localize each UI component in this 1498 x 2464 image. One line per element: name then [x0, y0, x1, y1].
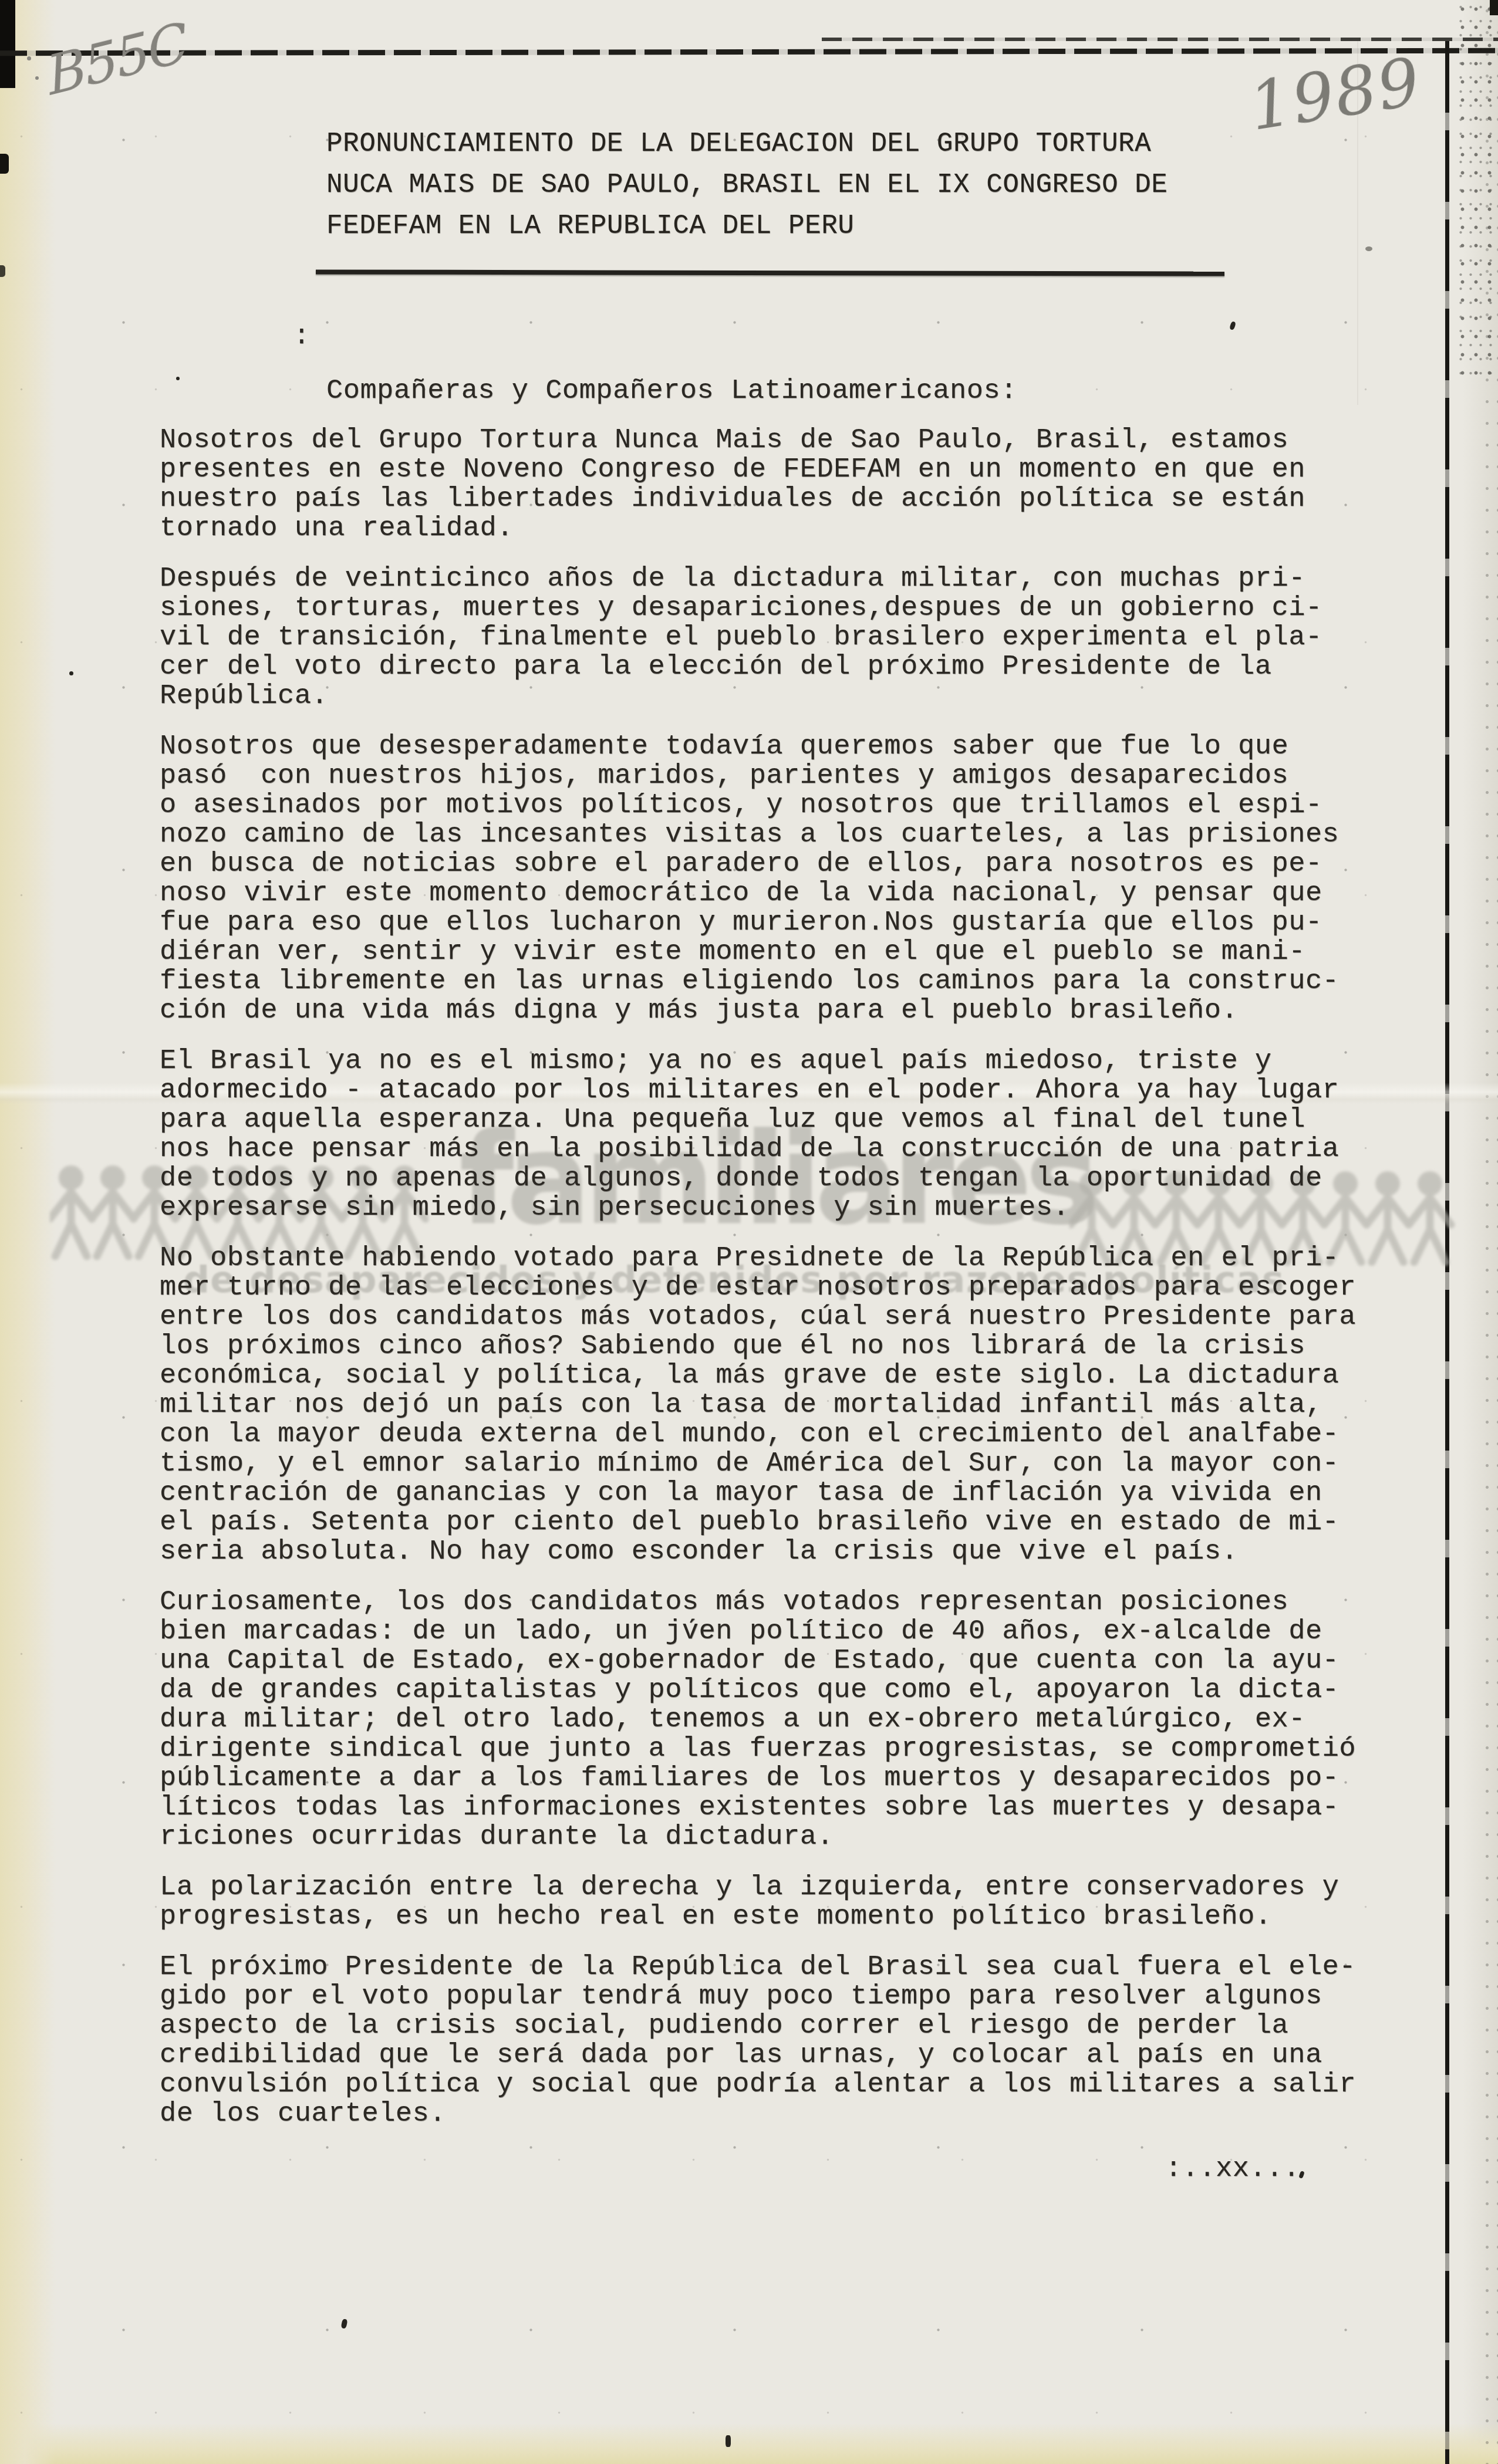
top-scan-line [0, 48, 1498, 56]
left-edge-ink-spot [0, 154, 9, 174]
paragraph-3: Nosotros que desesperadamente todavía qu… [160, 732, 1428, 1026]
paragraph-8: El próximo Presidente de la República de… [160, 1953, 1428, 2129]
pencil-dot [35, 76, 39, 80]
right-paper-edge-texture [1482, 0, 1498, 2464]
title-line-2: NUCA MAIS DE SAO PAULO, BRASIL EN EL IX … [326, 164, 1168, 205]
closing-mark: :..xx... [1165, 2155, 1300, 2184]
salutation: Compañeras y Compañeros Latinoamericanos… [326, 377, 1017, 406]
ink-speck [176, 377, 180, 380]
left-edge-ink-spot-small [0, 265, 5, 277]
scan-corner-artifact-top-right [1490, 0, 1498, 15]
archival-code-annotation: B55C [43, 11, 191, 108]
pencil-dot [27, 56, 31, 60]
ink-speck [69, 671, 73, 675]
title-line-1: PRONUNCIAMIENTO DE LA DELEGACION DEL GRU… [326, 123, 1168, 164]
paragraph-6: Curiosamente, los dos candidatos más vot… [160, 1588, 1428, 1852]
title-line-3: FEDEFAM EN LA REPUBLICA DEL PERU [326, 205, 1168, 246]
paragraph-2: Después de veinticinco años de la dictad… [160, 565, 1428, 711]
stray-colon-mark: : [293, 322, 310, 351]
scanned-document-page: familiares de desaparecidos y detenidos … [0, 0, 1498, 2464]
ink-speck [340, 2318, 347, 2329]
pencil-dot [1365, 246, 1372, 251]
ink-speck [1229, 321, 1236, 330]
paragraph-7: La polarización entre la derecha y la iz… [160, 1873, 1428, 1932]
paragraph-1: Nosotros del Grupo Tortura Nunca Mais de… [160, 426, 1428, 543]
paragraph-5: No obstante habiendo votado para Presidn… [160, 1244, 1428, 1567]
title-underline [316, 269, 1224, 276]
right-edge-speckles [1456, 0, 1498, 376]
top-scan-line-secondary [822, 38, 1498, 41]
document-body: Nosotros del Grupo Tortura Nunca Mais de… [160, 426, 1428, 2150]
scan-corner-artifact-top-left [0, 0, 15, 88]
paragraph-4: El Brasil ya no es el mismo; ya no es aq… [160, 1047, 1428, 1223]
ink-speck [726, 2435, 731, 2447]
year-annotation: 1989 [1244, 43, 1426, 146]
document-title: PRONUNCIAMIENTO DE LA DELEGACION DEL GRU… [326, 123, 1168, 246]
